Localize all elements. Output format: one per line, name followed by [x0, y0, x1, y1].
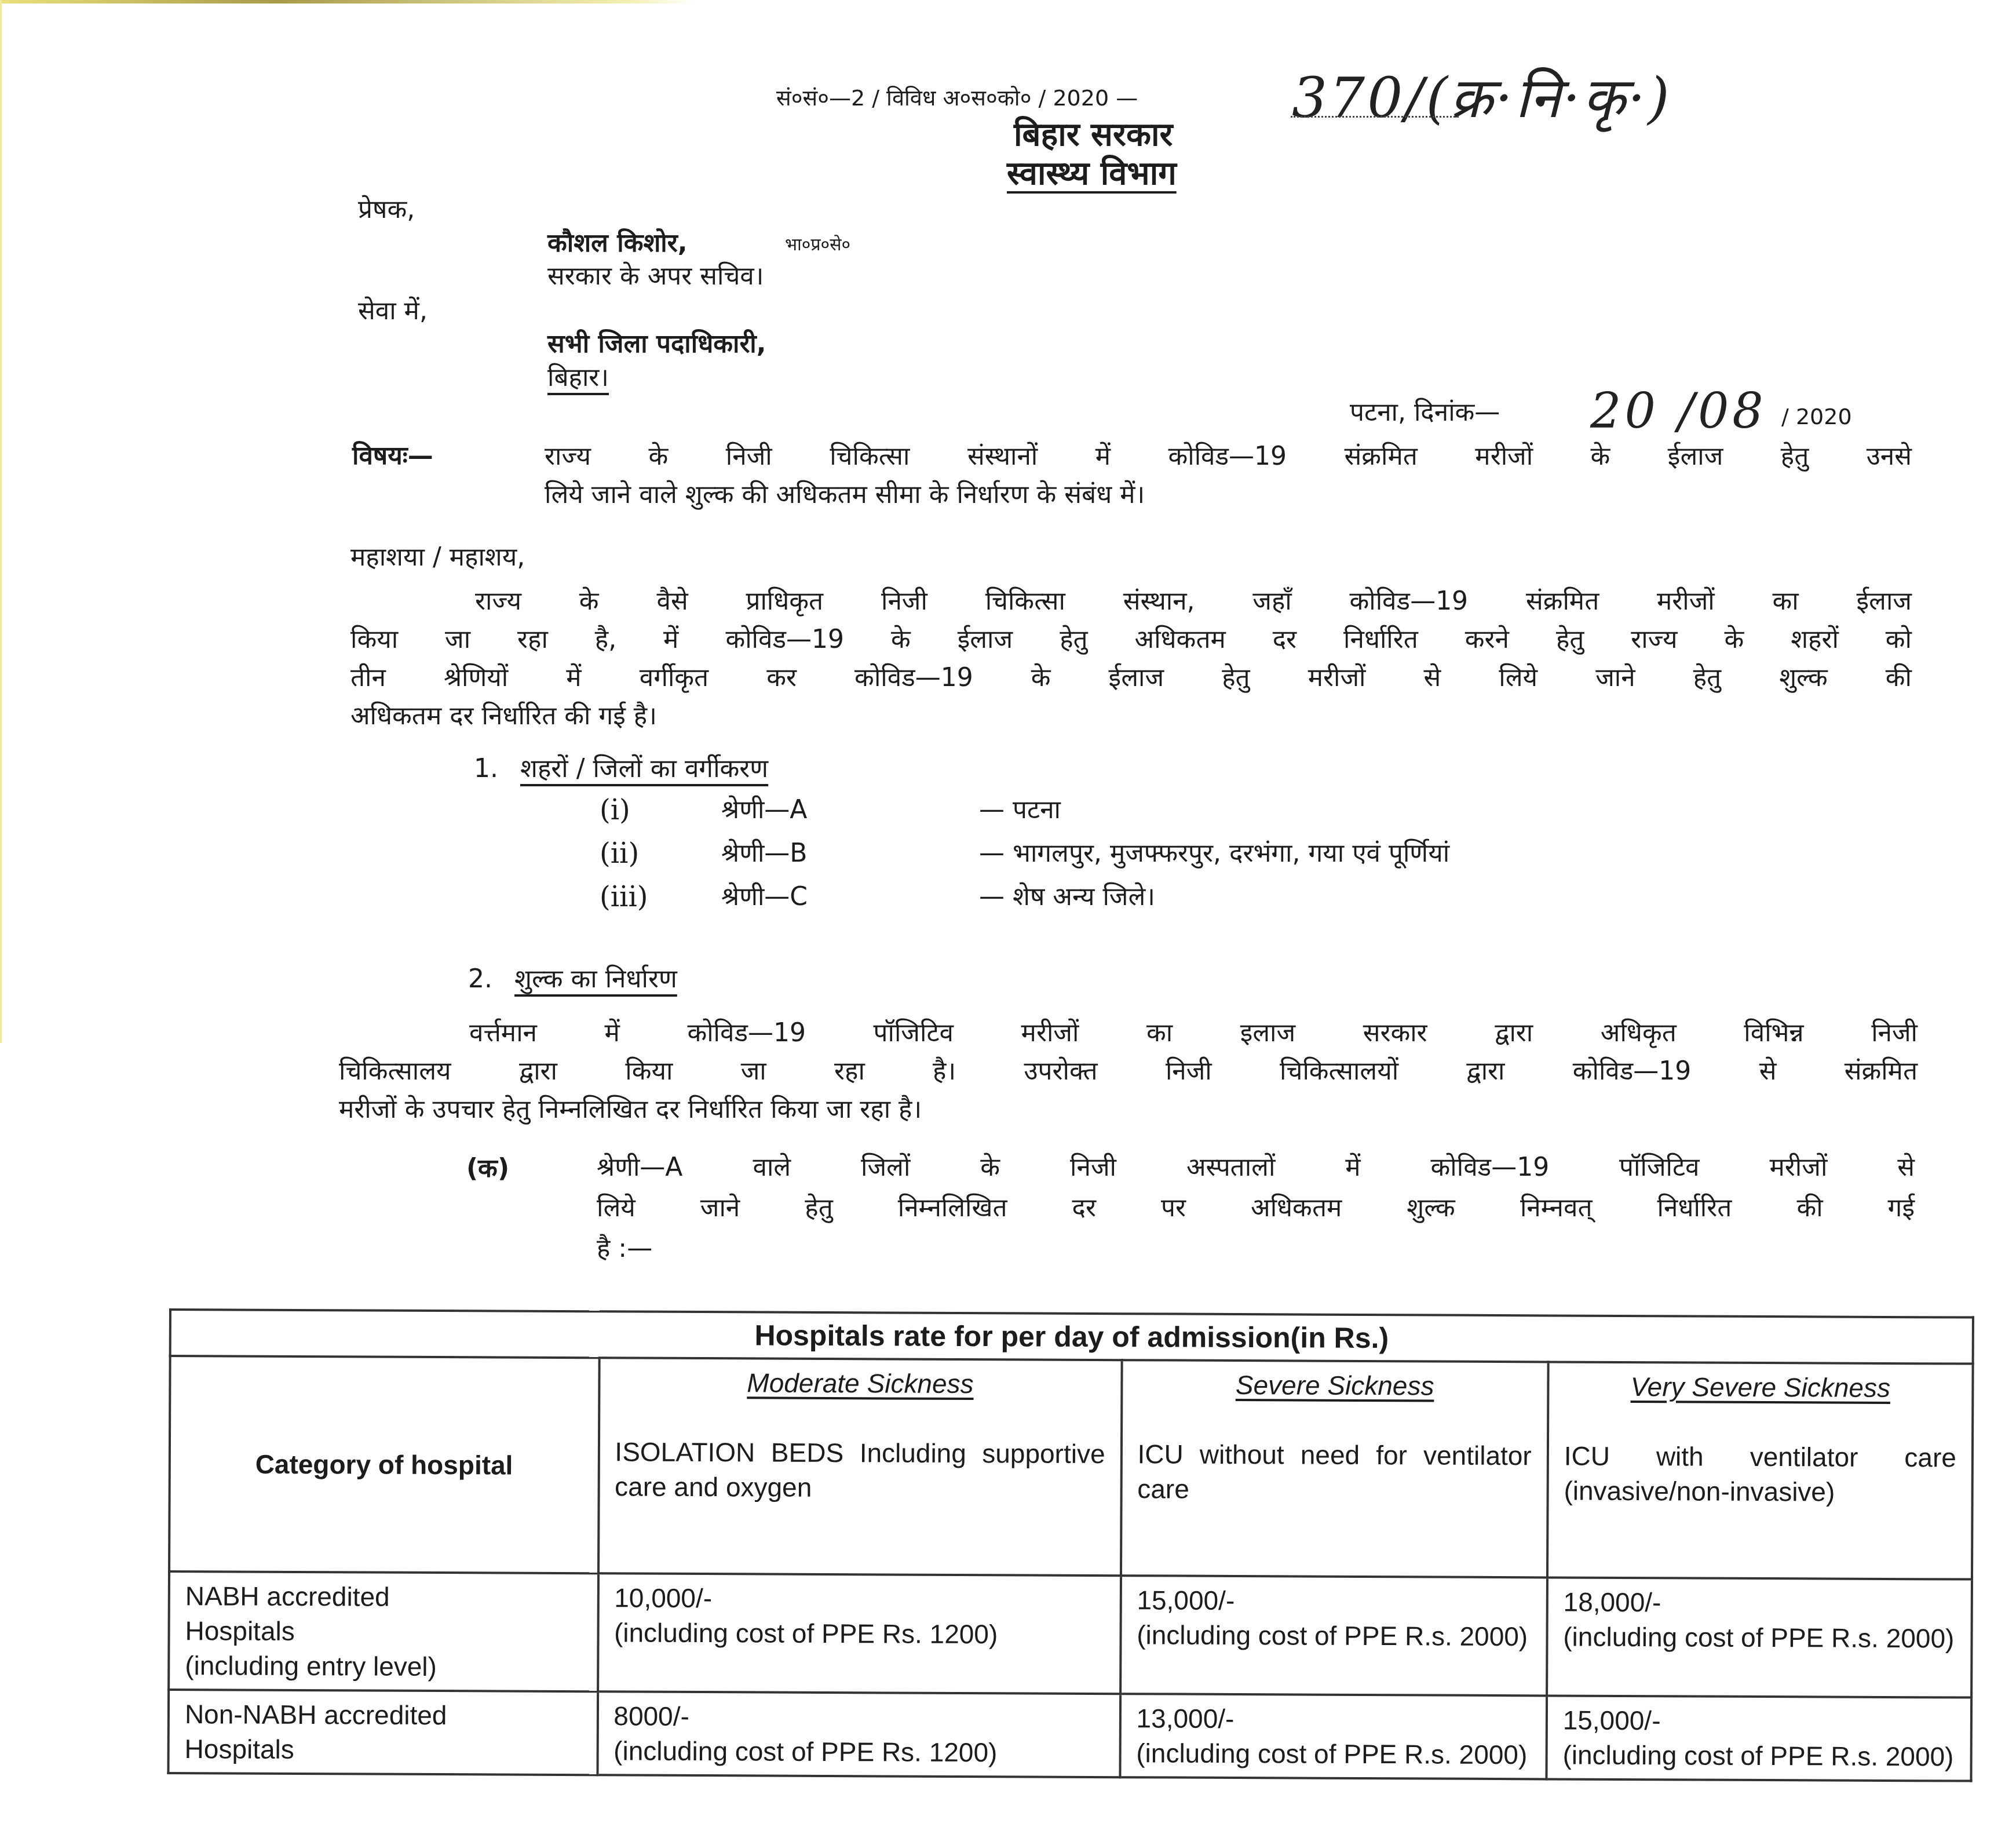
rate-amount: 15,000/- — [1137, 1582, 1531, 1619]
subitem-line: श्रेणी—A वाले जिलों के निजी अस्पतालों मे… — [597, 1148, 1915, 1189]
government-name: बिहार सरकार — [1014, 119, 1173, 151]
subject-line: लिये जाने वाले शुल्क की अधिकतम सीमा के न… — [545, 476, 1912, 514]
category-name: श्रेणी—A — [721, 797, 807, 823]
severity-label: Very Severe Sickness — [1564, 1369, 1956, 1406]
rate-note: (including cost of PPE R.s. 2000) — [1136, 1735, 1530, 1772]
subject-text: राज्य के निजी चिकित्सा संस्थानों में कोव… — [545, 437, 1912, 514]
category-num: (i) — [600, 794, 630, 826]
paragraph-line: किया जा रहा है, में कोविड—19 के ईलाज हेत… — [350, 621, 1912, 659]
rate-cell: 10,000/- (including cost of PPE Rs. 1200… — [598, 1573, 1121, 1694]
ward-description: ICU with ventilator care (invasive/non-i… — [1564, 1439, 1956, 1510]
rate-amount: 8000/- — [613, 1698, 1104, 1735]
hospital-rate-table: Hospitals rate for per day of admission(… — [167, 1308, 1974, 1782]
rate-cell: 15,000/- (including cost of PPE R.s. 200… — [1546, 1695, 1971, 1781]
sender-service: भा०प्र०से० — [785, 236, 850, 254]
section2-heading: शुल्क का निर्धारण — [514, 967, 677, 992]
paragraph-line: तीन श्रेणियों में वर्गीकृत कर कोविड—19 क… — [350, 659, 1912, 697]
table-title-row: Hospitals rate for per day of admission(… — [170, 1310, 1973, 1364]
category-districts: — भागलपुर, मुजफ्फरपुर, दरभंगा, गया एवं प… — [979, 841, 1449, 866]
recipient-name: सभी जिला पदाधिकारी, — [547, 331, 766, 357]
rate-cell: 18,000/- (including cost of PPE R.s. 200… — [1547, 1577, 1972, 1697]
rate-cell: 13,000/- (including cost of PPE R.s. 200… — [1120, 1694, 1547, 1779]
rate-amount: 13,000/- — [1136, 1701, 1530, 1737]
rate-amount: 10,000/- — [614, 1580, 1104, 1617]
section1-number: 1. — [474, 756, 498, 782]
rate-amount: 18,000/- — [1563, 1585, 1955, 1621]
scan-edge-top — [0, 0, 695, 3]
category-name: श्रेणी—C — [721, 884, 808, 910]
category-name: श्रेणी—B — [721, 841, 808, 866]
rate-cell: 8000/- (including cost of PPE Rs. 1200) — [597, 1691, 1120, 1777]
rate-note: (including cost of PPE R.s. 2000) — [1562, 1738, 1955, 1774]
rate-note: (including cost of PPE R.s. 2000) — [1137, 1617, 1531, 1654]
scan-edge-left — [0, 0, 2, 1043]
rate-amount: 15,000/- — [1563, 1703, 1955, 1739]
rate-note: (including cost of PPE Rs. 1200) — [613, 1733, 1104, 1770]
subject-line: राज्य के निजी चिकित्सा संस्थानों में कोव… — [545, 437, 1912, 476]
paragraph-line: वर्त्तमान में कोविड—19 पॉजिटिव मरीजों का… — [339, 1014, 1918, 1052]
column-header: Moderate Sickness ISOLATION BEDS Includi… — [598, 1358, 1122, 1576]
category-header: Category of hospital — [169, 1356, 599, 1573]
paragraph-line: मरीजों के उपचार हेतु निम्नलिखित दर निर्ध… — [339, 1091, 1918, 1129]
date-year: / 2020 — [1781, 406, 1852, 428]
rate-note: (including cost of PPE R.s. 2000) — [1563, 1620, 1955, 1656]
table-header-row: Category of hospital Moderate Sickness I… — [169, 1356, 1973, 1580]
category-num: (ii) — [600, 837, 639, 870]
column-header: Very Severe Sickness ICU with ventilator… — [1547, 1362, 1973, 1579]
table-title: Hospitals rate for per day of admission(… — [170, 1310, 1973, 1364]
sender-name: कौशल किशोर, — [547, 231, 687, 256]
section2-number: 2. — [468, 967, 492, 992]
category-line: (including entry level) — [185, 1648, 582, 1684]
sender-label: प्रेषक, — [358, 197, 415, 223]
severity-label: Severe Sickness — [1138, 1367, 1532, 1403]
category-line: Hospitals — [185, 1731, 582, 1768]
reference-number: सं०सं०—2 / विविध अ०स०को० / 2020 — — [776, 87, 1138, 109]
category-num: (iii) — [600, 881, 648, 913]
category-line: Non-NABH accredited — [185, 1697, 582, 1733]
paragraph-line: अधिकतम दर निर्धारित की गई है। — [350, 697, 1912, 735]
category-line: NABH accredited — [185, 1578, 582, 1615]
department-name: स्वास्थ्य विभाग — [1007, 158, 1177, 190]
ward-description: ISOLATION BEDS Including supportive care… — [615, 1434, 1105, 1506]
rate-note: (including cost of PPE Rs. 1200) — [614, 1615, 1104, 1652]
reference-handwritten: 370/(क्र·नि·कृ·) — [1292, 58, 1672, 134]
category-line: Hospitals — [185, 1613, 582, 1650]
section2-paragraph: वर्त्तमान में कोविड—19 पॉजिटिव मरीजों का… — [339, 1014, 1918, 1129]
recipient-label: सेवा में, — [358, 298, 428, 324]
category-districts: — पटना — [979, 797, 1061, 823]
subitem-line: है :— — [597, 1230, 1915, 1268]
subitem-line: लिये जाने हेतु निम्नलिखित दर पर अधिकतम श… — [597, 1189, 1915, 1230]
date-prefix: पटना, दिनांक— — [1350, 400, 1500, 425]
table-row: NABH accredited Hospitals (including ent… — [169, 1571, 1972, 1698]
section1-heading: शहरों / जिलों का वर्गीकरण — [520, 756, 768, 782]
rate-cell: 15,000/- (including cost of PPE R.s. 200… — [1120, 1576, 1547, 1695]
hospital-category: Non-NABH accredited Hospitals — [169, 1690, 598, 1775]
intro-paragraph: राज्य के वैसे प्राधिकृत निजी चिकित्सा सं… — [350, 582, 1912, 735]
column-header: Severe Sickness ICU without need for ven… — [1121, 1360, 1548, 1577]
severity-label: Moderate Sickness — [615, 1365, 1105, 1402]
paragraph-line: चिकित्सालय द्वारा किया जा रहा है। उपरोक्… — [339, 1052, 1918, 1091]
reference-dotted-line — [1291, 116, 1459, 118]
hospital-category: NABH accredited Hospitals (including ent… — [169, 1571, 598, 1691]
subject-label: विषयः— — [352, 443, 433, 469]
category-districts: — शेष अन्य जिले। — [979, 884, 1155, 910]
paragraph-line: राज्य के वैसे प्राधिकृत निजी चिकित्सा सं… — [350, 582, 1912, 621]
subitem-label: (क) — [466, 1156, 509, 1181]
table-row: Non-NABH accredited Hospitals 8000/- (in… — [169, 1690, 1972, 1781]
salutation: महाशया / महाशय, — [350, 545, 525, 570]
sender-title: सरकार के अपर सचिव। — [547, 264, 764, 289]
ward-description: ICU without need for ventilator care — [1137, 1436, 1532, 1508]
subitem-text: श्रेणी—A वाले जिलों के निजी अस्पतालों मे… — [597, 1148, 1915, 1268]
date-handwritten: 20 /08 — [1590, 382, 1767, 439]
recipient-place: बिहार। — [547, 365, 609, 391]
